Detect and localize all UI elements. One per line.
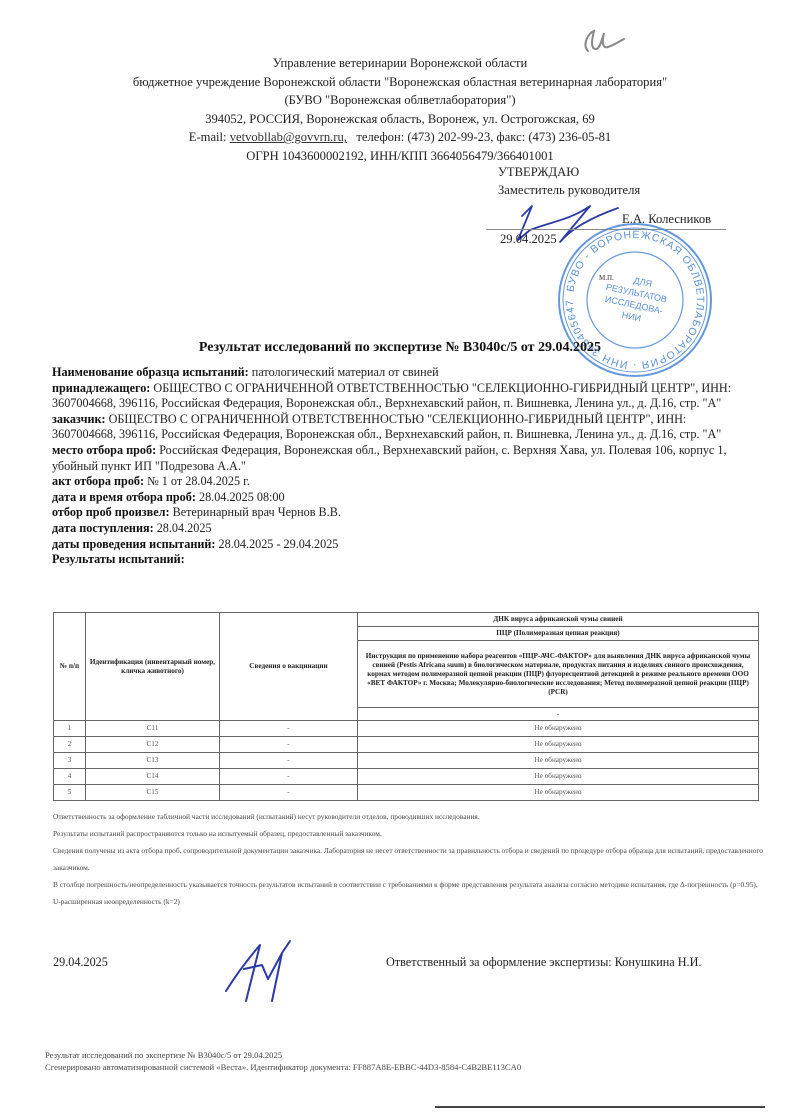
responsible-signature-icon [222,935,312,1005]
approval-date: 29.04.2025 [500,232,557,247]
result-cell: Не обнаружено [358,753,759,769]
footer-document-id: Сгенерировано автоматизированной системо… [45,1062,521,1074]
info-sampler: отбор проб произвел: Ветеринарный врач Ч… [52,505,752,521]
header-line-3: (БУВО "Воронежская облветлаборатория") [60,91,740,110]
footer-reference: Результат исследований по экспертизе № В… [45,1050,521,1062]
table-row: 4 С14 - Не обнаружено [54,769,759,785]
info-customer: заказчик: ОБЩЕСТВО С ОГРАНИЧЕННОЙ ОТВЕТС… [52,412,752,443]
signoff-date: 29.04.2025 [53,955,108,970]
handwritten-mark-icon [578,25,628,55]
approval-block: УТВЕРЖДАЮ Заместитель руководителя [498,163,640,199]
result-cell: Не обнаружено [358,721,759,737]
table-row: 3 С13 - Не обнаружено [54,753,759,769]
table-row: 2 С12 - Не обнаружено [54,737,759,753]
info-sampling-act: акт отбора проб: № 1 от 28.04.2025 г. [52,474,752,490]
email-link[interactable]: vetvobllab@govvrn.ru, [230,130,347,144]
result-cell: Не обнаружено [358,737,759,753]
responsible-person: Ответственный за оформление экспертизы: … [386,955,701,970]
col-header-test-method: ПЦР (Полимеразная цепная реакция) [358,627,759,641]
info-sample-name: Наименование образца испытаний: патологи… [52,365,752,381]
footer-divider [435,1106,765,1108]
table-row: 1 С11 - Не обнаружено [54,721,759,737]
page-footer: Результат исследований по экспертизе № В… [45,1050,521,1074]
table-row: 5 С15 - Не обнаружено [54,785,759,801]
header-line-1: Управление ветеринарии Воронежской облас… [60,54,740,73]
col-header-number: № п/п [54,613,86,721]
organization-header: Управление ветеринарии Воронежской облас… [60,54,740,166]
note-scope: Результаты испытаний распространяются то… [53,825,763,842]
header-contacts: E-mail: vetvobllab@govvrn.ru, телефон: (… [60,128,740,147]
col-header-test-target: ДНК вируса африканской чумы свиней [358,613,759,627]
approve-label: УТВЕРЖДАЮ [498,163,640,181]
svg-text:М.П.: М.П. [599,274,614,282]
header-line-2: бюджетное учреждение Воронежской области… [60,73,740,92]
info-sampling-place: место отбора проб: Российская Федерация,… [52,443,752,474]
svg-text:НИИ: НИИ [621,310,642,324]
note-uncertainty: В столбце погрешность/неопределенность у… [53,876,763,910]
col-header-unit: - [358,708,759,721]
results-table: № п/п Идентификация (инвентарный номер, … [53,612,759,801]
col-header-test-document: Инструкция по применению набора реагенто… [358,641,759,708]
col-header-vaccination: Сведения о вакцинации [220,613,358,721]
document-title: Результат исследований по экспертизе № В… [0,340,800,356]
note-source: Сведения получены из акта отбора проб, с… [53,842,763,876]
result-cell: Не обнаружено [358,785,759,801]
phone-fax: телефон: (473) 202-99-23, факс: (473) 23… [356,130,611,144]
sample-info: Наименование образца испытаний: патологи… [52,365,752,568]
official-stamp-icon: БУВО - ВОРОНЕЖСКАЯ ОБЛВЕТЛАБОРАТОРИЯ · И… [555,220,715,380]
info-results-heading: Результаты испытаний: [52,552,752,568]
info-sampling-datetime: дата и время отбора проб: 28.04.2025 08:… [52,490,752,506]
info-owner: принадлежащего: ОБЩЕСТВО С ОГРАНИЧЕННОЙ … [52,381,752,412]
info-test-dates: даты проведения испытаний: 28.04.2025 - … [52,537,752,553]
result-cell: Не обнаружено [358,769,759,785]
email-label: E-mail: [189,130,227,144]
info-receipt-date: дата поступления: 28.04.2025 [52,521,752,537]
col-header-identification: Идентификация (инвентарный номер, кличка… [86,613,220,721]
note-responsibility: Ответственность за оформление табличной … [53,808,763,825]
disclaimer-notes: Ответственность за оформление табличной … [53,808,763,910]
header-address: 394052, РОССИЯ, Воронежская область, Вор… [60,110,740,129]
